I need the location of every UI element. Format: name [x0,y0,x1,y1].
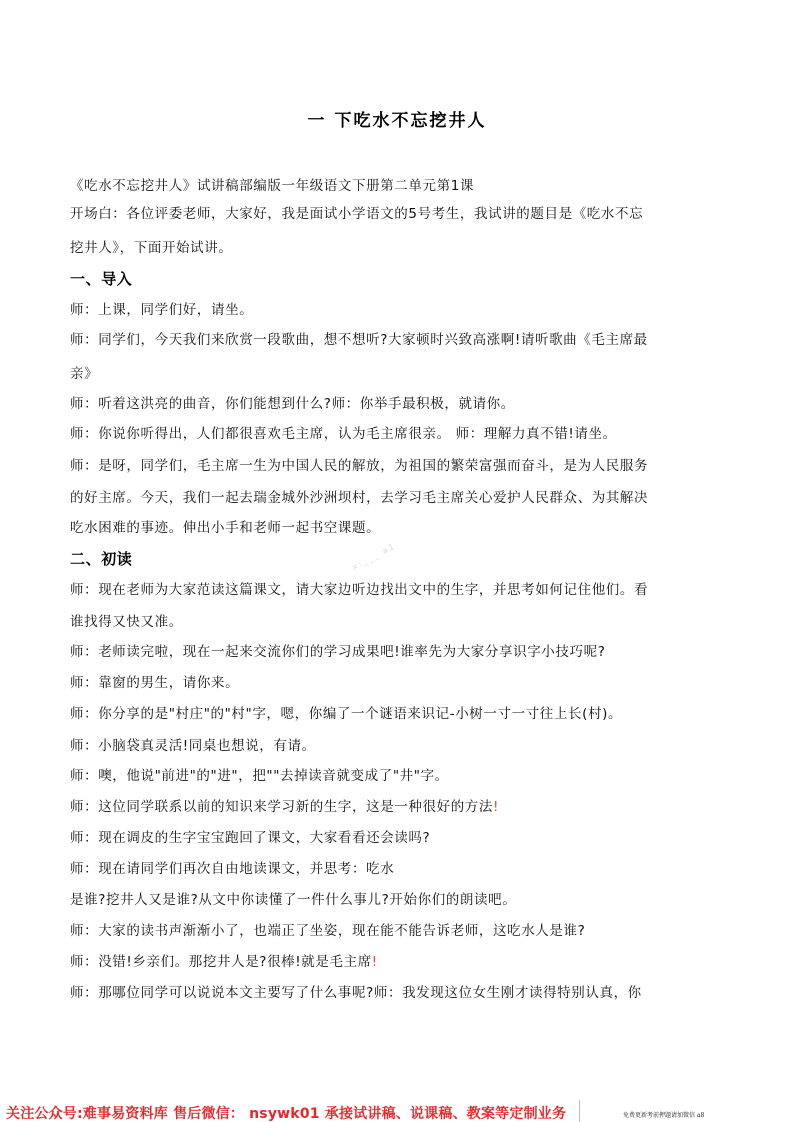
paragraph-line: 师：那哪位同学可以说说本文主要写了什么事呢?师：我发现这位女生刚才读得特别认真，… [70,983,642,1003]
subtitle: 《吃水不忘挖井人》试讲稿部编版一年级语文下册第二单元第1课 [70,176,474,196]
paragraph-line: 师：现在老师为大家范读这篇课文，请大家边听边找出文中的生字，并思考如何记住他们。… [70,580,648,600]
paragraph-line: 亲》 [70,364,98,384]
exclamation-mark: ! [372,954,378,970]
opening-line-2: 挖井人》，下面开始试讲。 [70,238,232,258]
paragraph-line: 师：你分享的是"村庄"的"村"字，嗯，你编了一个谜语来识记-小树一寸一寸往上长(… [70,704,622,724]
paragraph-line: 师：上课，同学们好，请坐。 [70,300,253,320]
paragraph-line: 的好主席。今天，我们一起去瑞金城外沙洲坝村，去学习毛主席关心爱护人民群众、为其解… [70,488,648,508]
paragraph-line: 谁找得又快又准。 [70,612,183,632]
paragraph-line: 吃水困难的事迹。伸出小手和老师一起书空课题。 [70,518,380,538]
footer-divider [579,1100,580,1122]
paragraph-line: 师：没错!乡亲们。那挖井人是?很棒!就是毛主席! [70,952,378,972]
paragraph-line: 师：大家的读书声渐渐小了，也端正了坐姿，现在能不能告诉老师，这吃水人是谁? [70,921,585,941]
paragraph-line: 师：现在调皮的生字宝宝跑回了课文，大家看看还会读吗? [70,828,430,848]
opening-line-1: 开场白：各位评委老师，大家好，我是面试小学语文的5号考生，我试讲的题目是《吃水不… [70,204,643,224]
paragraph-line: 是谁?挖井人又是谁?从文中你读懂了一件什么事儿?开始你们的朗读吧。 [70,890,516,910]
watermark: x:___ a1 [351,541,398,571]
paragraph-line: 师：同学们，今天我们来欣赏一段歌曲，想不想听?大家顿时兴致高涨啊!请听歌曲《毛主… [70,330,648,350]
exclamation-mark: ! [493,799,499,815]
paragraph-text: 师：这位同学联系以前的知识来学习新的生字，这是一种很好的方法 [70,799,493,815]
paragraph-line: 师：这位同学联系以前的知识来学习新的生字，这是一种很好的方法! [70,797,499,817]
paragraph-line: 师：是呀，同学们，毛主席一生为中国人民的解放，为祖国的繁荣富强而奋斗，是为人民服… [70,456,648,476]
paragraph-line: 师：你说你听得出，人们都很喜欢毛主席，认为毛主席很亲。 师：理解力真不错!请坐。 [70,424,617,444]
paragraph-line: 师：听着这洪亮的曲音，你们能想到什么?师：你举手最积极，就请你。 [70,394,515,414]
paragraph-line: 师：老师读完啦，现在一起来交流你们的学习成果吧!谁率先为大家分享识字小技巧呢? [70,642,605,662]
paragraph-line: 师：靠窗的男生，请你来。 [70,673,239,693]
footer-note: 免费更新考前押题请加微信 a8 [623,1110,704,1119]
section-heading-intro: 一、导入 [70,269,132,289]
footer-promo-text: 关注公众号:难事易资料库 售后微信： nsywk01 承接试讲稿、说课稿、教案等… [6,1103,566,1122]
paragraph-line: 师：现在请同学们再次自由地读课文，并思考：吃水 [70,859,394,879]
section-heading-first-reading: 二、初读 [70,549,132,569]
paragraph-line: 师：噢，他说"前进"的"进"，把""去掉读音就变成了"井"字。 [70,766,449,786]
paragraph-line: 师：小脑袋真灵活!同桌也想说，有请。 [70,736,316,756]
paragraph-text: 师：没错!乡亲们。那挖井人是?很棒!就是毛主席 [70,954,372,970]
page-title: 一 下吃水不忘挖井人 [0,106,794,131]
